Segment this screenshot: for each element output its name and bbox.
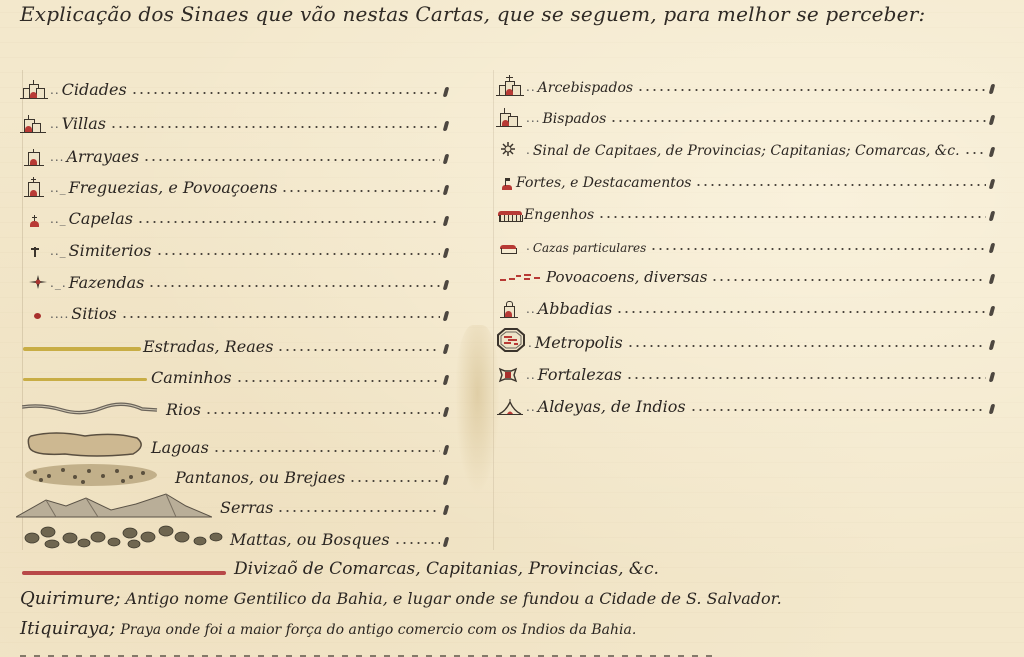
sinal-capitaes-sun-icon <box>496 138 524 160</box>
dotted-leader <box>277 510 440 512</box>
forte-flag-icon <box>496 170 516 192</box>
legend-label: Divizaõ de Comarcas, Capitanias, Provinc… <box>234 559 659 579</box>
metropolis-octagon-icon <box>496 327 526 353</box>
legend-label: Estradas, Reaes <box>143 337 273 356</box>
legend-item-aldeyas: .. Aldeyas, de Indios <box>496 393 994 417</box>
dotted-leader <box>627 345 986 347</box>
engenho-icon <box>496 202 524 224</box>
legend-item-fazendas: ._. Fazendas <box>20 269 448 293</box>
legend-item-engenhos: Engenhos <box>496 200 994 224</box>
dotted-leader <box>598 216 986 218</box>
dotted-leader <box>121 316 440 318</box>
legend-item-sinal-capitaes: . Sinal de Capitaes, de Provincias; Capi… <box>496 136 994 160</box>
legend-item-pantanos: Pantanos, ou Brejaes <box>20 460 448 488</box>
simiterio-cross-icon <box>20 239 48 261</box>
capela-icon <box>20 207 48 229</box>
division-red-line-icon <box>22 571 226 575</box>
legend-item-lagoas: Lagoas <box>20 428 448 458</box>
legend-item-abbadias: .. Abbadias <box>496 295 994 319</box>
legend-item-cazas: . Cazas particulares <box>496 232 994 256</box>
arcebispado-icon <box>496 75 524 97</box>
dotted-leader <box>616 311 986 313</box>
fazenda-star-icon <box>20 271 48 293</box>
dotted-leader <box>110 126 440 128</box>
legend-item-arrayaes: ... Arrayaes <box>20 143 448 167</box>
column-divider <box>493 70 494 550</box>
dotted-leader <box>626 377 986 379</box>
lagoa-icon <box>25 430 145 458</box>
page-title: Explicação dos Sinaes que vão nestas Car… <box>20 2 925 26</box>
abbadia-icon <box>496 297 524 319</box>
note-quirimure: Quirimure; Antigo nome Gentilico da Bahi… <box>20 588 782 609</box>
legend-item-sitios: .... Sitios <box>20 300 448 324</box>
legend-item-arcebispados: .. Arcebispados <box>496 73 994 97</box>
legend-item-caminhos: Caminhos <box>20 364 448 388</box>
legend-label: Fortalezas <box>538 365 622 384</box>
legend-label: Engenhos <box>524 207 594 223</box>
legend-item-serras: Serras <box>20 490 448 518</box>
legend-item-fortes: Fortes, e Destacamentos <box>496 168 994 192</box>
legend-item-mattas: Mattas, ou Bosques <box>20 522 448 550</box>
cut-off-text-line <box>20 648 720 657</box>
legend-item-divizao: Divizaõ de Comarcas, Capitanias, Provinc… <box>22 556 722 580</box>
legend-item-villas: .. Villas <box>20 110 448 134</box>
dotted-leader <box>610 120 986 122</box>
dotted-leader <box>131 92 440 94</box>
legend-label: Cidades <box>62 80 127 99</box>
dotted-leader <box>213 450 440 452</box>
dotted-leader <box>711 279 986 281</box>
dotted-leader <box>964 152 986 154</box>
legend-item-simiterios: .._ Simiterios <box>20 237 448 261</box>
povoacoens-diversas-icon <box>496 265 546 287</box>
legend-label: Simiterios <box>69 241 152 260</box>
legend-label: Arrayaes <box>66 147 139 166</box>
dotted-leader <box>637 89 986 91</box>
legend-label: Fortes, e Destacamentos <box>516 175 691 191</box>
legend-label: Arcebispados <box>538 80 633 96</box>
rio-line-icon <box>22 401 162 420</box>
dotted-leader <box>156 253 440 255</box>
legend-label: Metropolis <box>535 333 623 352</box>
dotted-leader <box>277 349 440 351</box>
legend-item-cidades: .. Cidades <box>20 76 448 100</box>
arrayal-icon <box>20 145 48 167</box>
legend-label: Lagoas <box>151 438 209 457</box>
legend-label: Caminhos <box>151 368 232 387</box>
note-itiquiraya: Itiquiraya; Praya onde foi a maior força… <box>20 618 636 639</box>
dotted-leader <box>349 480 440 482</box>
dotted-leader <box>148 285 440 287</box>
legend-label: Capelas <box>69 209 133 228</box>
legend-item-metropolis: . Metropolis <box>496 327 994 353</box>
freguezia-icon <box>20 176 48 198</box>
villa-icon <box>20 112 48 134</box>
note-text: Praya onde foi a maior força do antigo c… <box>120 622 636 638</box>
serra-mountains-icon <box>16 492 212 518</box>
dotted-leader <box>695 184 986 186</box>
legend-item-fortalezas: .. Fortalezas <box>496 361 994 385</box>
dotted-leader <box>236 380 440 382</box>
note-name: Quirimure; <box>20 588 120 609</box>
legend-label: Bispados <box>542 111 606 127</box>
legend-label: Sinal de Capitaes, de Provincias; Capita… <box>533 143 960 159</box>
aldeya-tent-icon <box>496 395 524 417</box>
fortaleza-icon <box>496 363 524 385</box>
dotted-leader <box>690 409 986 411</box>
legend-label: Rios <box>166 400 201 419</box>
dotted-leader <box>281 190 440 192</box>
legend-label: Pantanos, ou Brejaes <box>175 468 345 487</box>
dotted-leader <box>650 248 986 250</box>
legend-label: Fazendas <box>69 273 145 292</box>
dotted-leader <box>137 221 440 223</box>
dotted-leader <box>205 412 440 414</box>
sitio-dot-icon <box>20 302 48 324</box>
bispado-icon <box>496 106 524 128</box>
caminho-line-icon <box>23 378 147 381</box>
pantano-icon <box>23 462 167 488</box>
legend-item-rios: Rios <box>20 396 448 420</box>
legend-label: Cazas particulares <box>533 241 646 255</box>
legend-label: Sitios <box>71 304 116 323</box>
legend-label: Mattas, ou Bosques <box>230 530 390 549</box>
legend-item-estradas-reaes: Estradas, Reaes <box>20 333 448 357</box>
legend-label: Aldeyas, de Indios <box>538 397 686 416</box>
legend-label: Abbadias <box>538 299 613 318</box>
estrada-real-line-icon <box>23 347 141 351</box>
legend-label: Freguezias, e Povoaçoens <box>69 178 278 197</box>
cidade-icon <box>20 78 48 100</box>
legend-label: Villas <box>62 114 106 133</box>
legend-item-freguezias: .._ Freguezias, e Povoaçoens <box>20 174 448 198</box>
legend-item-povoacoens: Povoacoens, diversas <box>496 263 994 287</box>
dotted-leader <box>394 542 440 544</box>
note-text: Antigo nome Gentilico da Bahia, e lugar … <box>126 589 782 608</box>
matta-trees-icon <box>22 524 226 550</box>
dotted-leader <box>143 159 440 161</box>
legend-label: Serras <box>220 498 273 517</box>
legend-item-bispados: ... Bispados <box>496 104 994 128</box>
note-name: Itiquiraya; <box>20 618 115 639</box>
caza-particular-icon <box>496 234 524 256</box>
legend-label: Povoacoens, diversas <box>546 268 707 286</box>
legend-item-capelas: .._ Capelas <box>20 205 448 229</box>
